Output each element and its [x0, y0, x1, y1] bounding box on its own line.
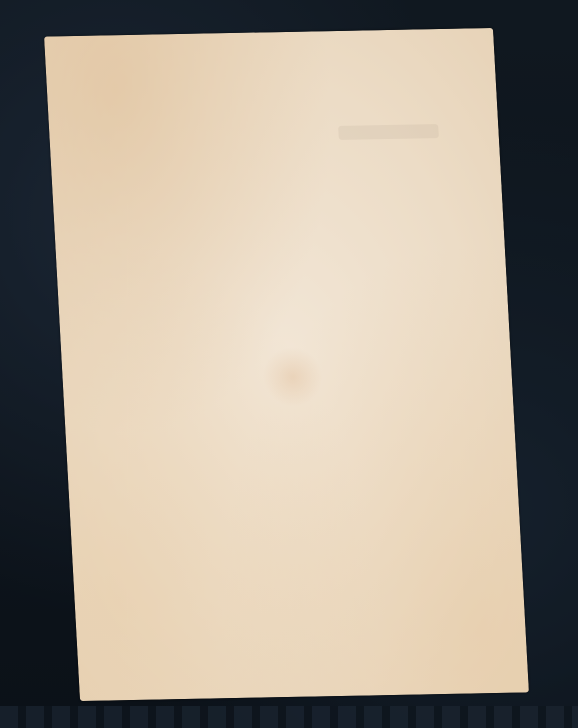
background-texture-strip	[0, 706, 578, 728]
paper-card	[44, 28, 529, 701]
paper-stain	[261, 346, 324, 407]
faint-show-through-text	[338, 124, 439, 140]
